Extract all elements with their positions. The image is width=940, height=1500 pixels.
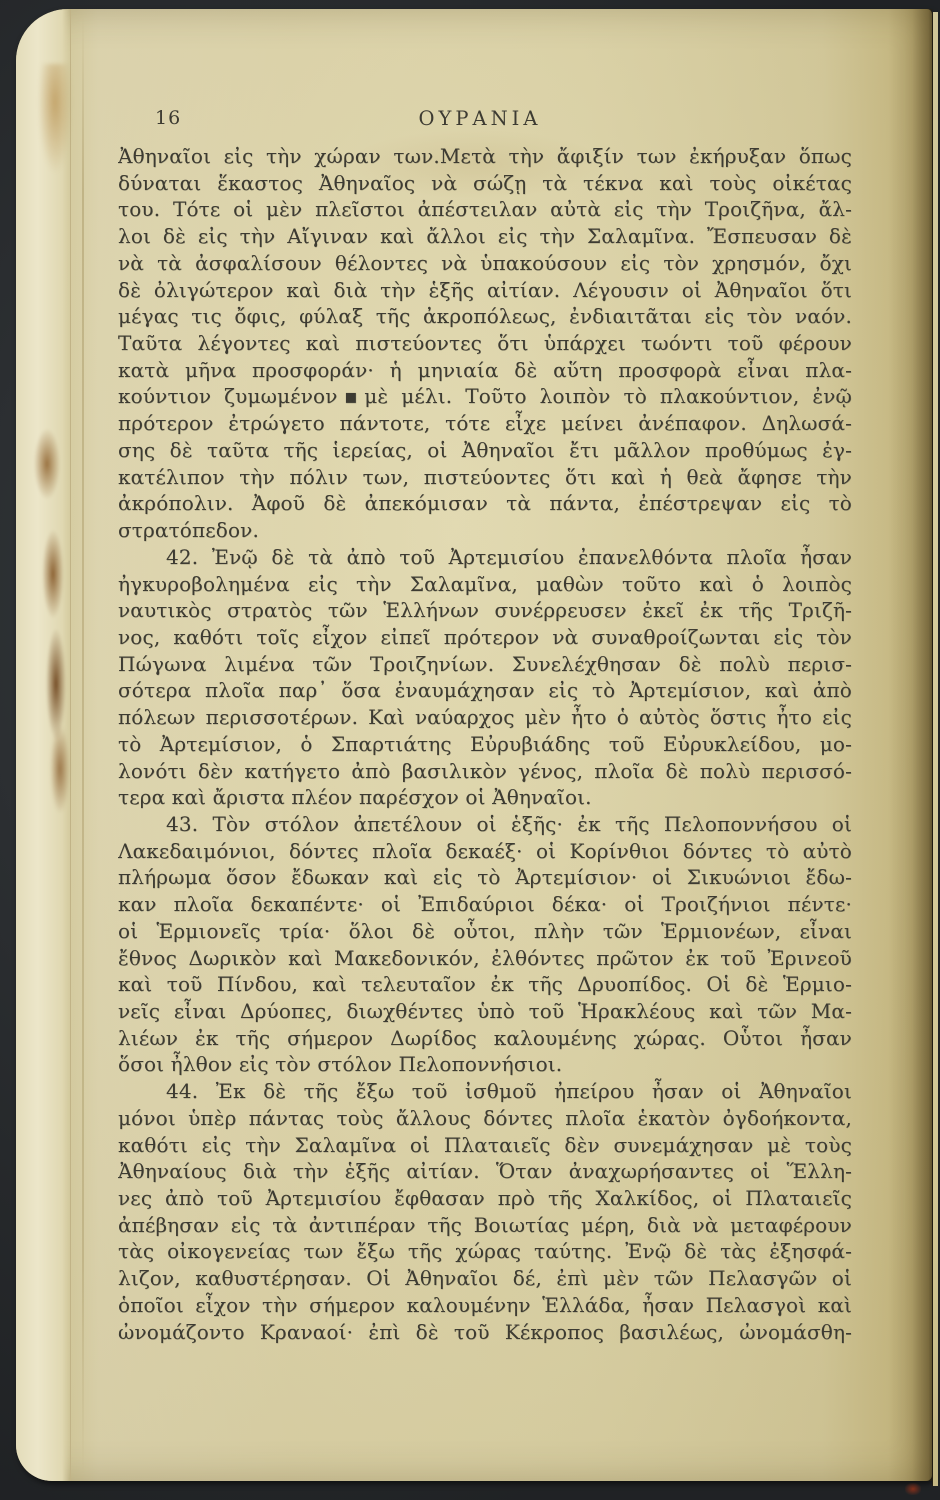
printed-content: 16 ΟΥΡΑΝΙΑ Ἀθηναῖοι εἰς τὴν χώραν των.Με… (118, 9, 852, 1345)
text-line: στρατόπεδον. (118, 517, 852, 544)
gutter-shadow (888, 9, 932, 1481)
running-title: ΟΥΡΑΝΙΑ (118, 107, 842, 130)
text-line: Λακεδαιμόνιοι, δόντες πλοῖα δεκαέξ· οἱ Κ… (118, 838, 852, 865)
text-line: 43. Τὸν στόλον ἀπετέλουν οἱ ἑξῆς· ἐκ τῆς… (118, 811, 852, 838)
text-block: Ἀθηναῖοι εἰς τὴν χώραν των.Μετὰ τὴν ἄφιξ… (118, 143, 852, 1345)
text-line: 44. Ἐκ δὲ τῆς ἔξω τοῦ ἰσθμοῦ ἠπείρου ἦσα… (118, 1078, 852, 1105)
text-line: τερα καὶ ἄριστα πλέον παρέσχον οἱ Ἀθηναῖ… (118, 784, 852, 811)
text-line: κατὰ μῆνα προσφοράν· ἡ μηνιαία δὲ αὕτη π… (118, 357, 852, 384)
page-crease (82, 15, 84, 1475)
text-line: δύναται ἕκαστος Ἀθηναῖος νὰ σώζῃ τὰ τέκν… (118, 170, 852, 197)
text-line: ὅσοι ἦλθον εἰς τὸν στόλον Πελοποννήσιοι. (118, 1051, 852, 1078)
text-line: δὲ ὀλιγώτερον καὶ διὰ τὴν ἑξῆς αἰτίαν. Λ… (118, 277, 852, 304)
corner-stain (905, 1483, 921, 1495)
text-line: νος, καθότι τοῖς εἶχον εἰπεῖ πρότερον νὰ… (118, 624, 852, 651)
text-line: τὰς οἰκογενείας των ἔξω τῆς χώρας ταύτης… (118, 1238, 852, 1265)
text-line: ἀπέβησαν εἰς τὰ ἀντιπέραν τῆς Βοιωτίας μ… (118, 1212, 852, 1239)
scan-background: 16 ΟΥΡΑΝΙΑ Ἀθηναῖοι εἰς τὴν χώραν των.Με… (0, 0, 940, 1500)
text-line: λιέων ἐκ τῆς σήμερον Δωρίδος καλουμένης … (118, 1025, 852, 1052)
paragraph: 44. Ἐκ δὲ τῆς ἔξω τοῦ ἰσθμοῦ ἠπείρου ἦσα… (118, 1078, 852, 1345)
text-line: μόνοι ὑπὲρ πάντας τοὺς ἄλλους δόντες πλο… (118, 1105, 852, 1132)
text-line: Ἀθηναῖοι εἰς τὴν χώραν των.Μετὰ τὴν ἄφιξ… (118, 143, 852, 170)
text-line: ὠνομάζοντο Κραναοί· ἐπὶ δὲ τοῦ Κέκροπος … (118, 1319, 852, 1346)
text-line: Ταῦτα λέγοντες καὶ πιστεύοντες ὅτι ὑπάρχ… (118, 330, 852, 357)
paragraph: 42. Ἐνῷ δὲ τὰ ἀπὸ τοῦ Ἀρτεμισίου ἐπανελθ… (118, 544, 852, 811)
text-line: καθότι εἰς τὴν Σαλαμῖνα οἱ Πλαταιεῖς δὲν… (118, 1132, 852, 1159)
text-line: του. Τότε οἱ μὲν πλεῖστοι ἀπέστειλαν αὐτ… (118, 196, 852, 223)
text-line: νεῖς εἶναι Δρύοπες, διωχθέντες ὑπὸ τοῦ Ἡ… (118, 998, 852, 1025)
book-page: 16 ΟΥΡΑΝΙΑ Ἀθηναῖοι εἰς τὴν χώραν των.Με… (16, 9, 932, 1481)
text-line: λοι δὲ εἰς τὴν Αἴγιναν καὶ ἄλλοι εἰς τὴν… (118, 223, 852, 250)
text-line: 42. Ἐνῷ δὲ τὰ ἀπὸ τοῦ Ἀρτεμισίου ἐπανελθ… (118, 544, 852, 571)
text-line: τὸ Ἀρτεμίσιον, ὁ Σπαρτιάτης Εὐρυβιάδης τ… (118, 731, 852, 758)
text-line: Πώγωνα λιμένα τῶν Τροιζηνίων. Συνελέχθησ… (118, 651, 852, 678)
text-line: σότερα πλοῖα παρ᾽ ὅσα ἐναυμάχησαν εἰς τὸ… (118, 677, 852, 704)
text-line: ἔθνος Δωρικὸν καὶ Μακεδονικόν, ἐλθόντες … (118, 945, 852, 972)
text-line: πλήρωμα ὅσον ἔδωκαν καὶ εἰς τὸ Ἀρτεμίσιο… (118, 864, 852, 891)
page-fore-edge (16, 9, 71, 1481)
text-line: νὰ τὰ ἀσφαλίσουν θέλοντες νὰ ὑπακούσουν … (118, 250, 852, 277)
text-line: κατέλιπον τὴν πόλιν των, πιστεύοντες ὅτι… (118, 464, 852, 491)
text-line: Ἀθηναίους διὰ τὴν ἑξῆς αἰτίαν. Ὅταν ἀναχ… (118, 1158, 852, 1185)
text-line: νες ἀπὸ τοῦ Ἀρτεμισίου ἔφθασαν πρὸ τῆς Χ… (118, 1185, 852, 1212)
text-line: καν πλοῖα δεκαπέντε· οἱ Ἐπιδαύριοι δέκα·… (118, 891, 852, 918)
page-header: 16 ΟΥΡΑΝΙΑ (118, 107, 852, 135)
text-line: λονότι δὲν κατήγετο ἀπὸ βασιλικὸν γένος,… (118, 758, 852, 785)
text-line: ἀκρόπολιν. Ἀφοῦ δὲ ἀπεκόμισαν τὰ πάντα, … (118, 490, 852, 517)
text-line: καὶ τοῦ Πίνδου, καὶ τελευταῖον ἐκ τῆς Δρ… (118, 971, 852, 998)
text-line: ὁποῖοι εἶχον τὴν σήμερον καλουμένην Ἑλλά… (118, 1292, 852, 1319)
text-line: ἠγκυροβολημένα εἰς τὴν Σαλαμῖνα, μαθὼν τ… (118, 571, 852, 598)
text-line: πρότερον ἐτρώγετο πάντοτε, τότε εἶχε μεί… (118, 410, 852, 437)
paragraph: Ἀθηναῖοι εἰς τὴν χώραν των.Μετὰ τὴν ἄφιξ… (118, 143, 852, 544)
paragraph: 43. Τὸν στόλον ἀπετέλουν οἱ ἑξῆς· ἐκ τῆς… (118, 811, 852, 1078)
text-line: σης δὲ ταῦτα τῆς ἱερείας, οἱ Ἀθηναῖοι ἔτ… (118, 437, 852, 464)
text-line: κούντιον ζυμωμένον▪μὲ μέλι. Τοῦτο λοιπὸν… (118, 383, 852, 410)
text-line: λιζον, καθυστέρησαν. Οἱ Ἀθηναῖοι δέ, ἐπὶ… (118, 1265, 852, 1292)
text-line: πόλεων περισσοτέρων. Καὶ ναύαρχος μὲν ἦτ… (118, 704, 852, 731)
text-line: οἱ Ἑρμιονεῖς τρία· ὅλοι δὲ οὗτοι, πλὴν τ… (118, 918, 852, 945)
text-line: ναυτικὸς στρατὸς τῶν Ἑλλήνων συνέρρευσεν… (118, 597, 852, 624)
text-line: μέγας τις ὄφις, φύλαξ τῆς ἀκροπόλεως, ἐν… (118, 303, 852, 330)
adjacent-page-edge (933, 12, 938, 1486)
